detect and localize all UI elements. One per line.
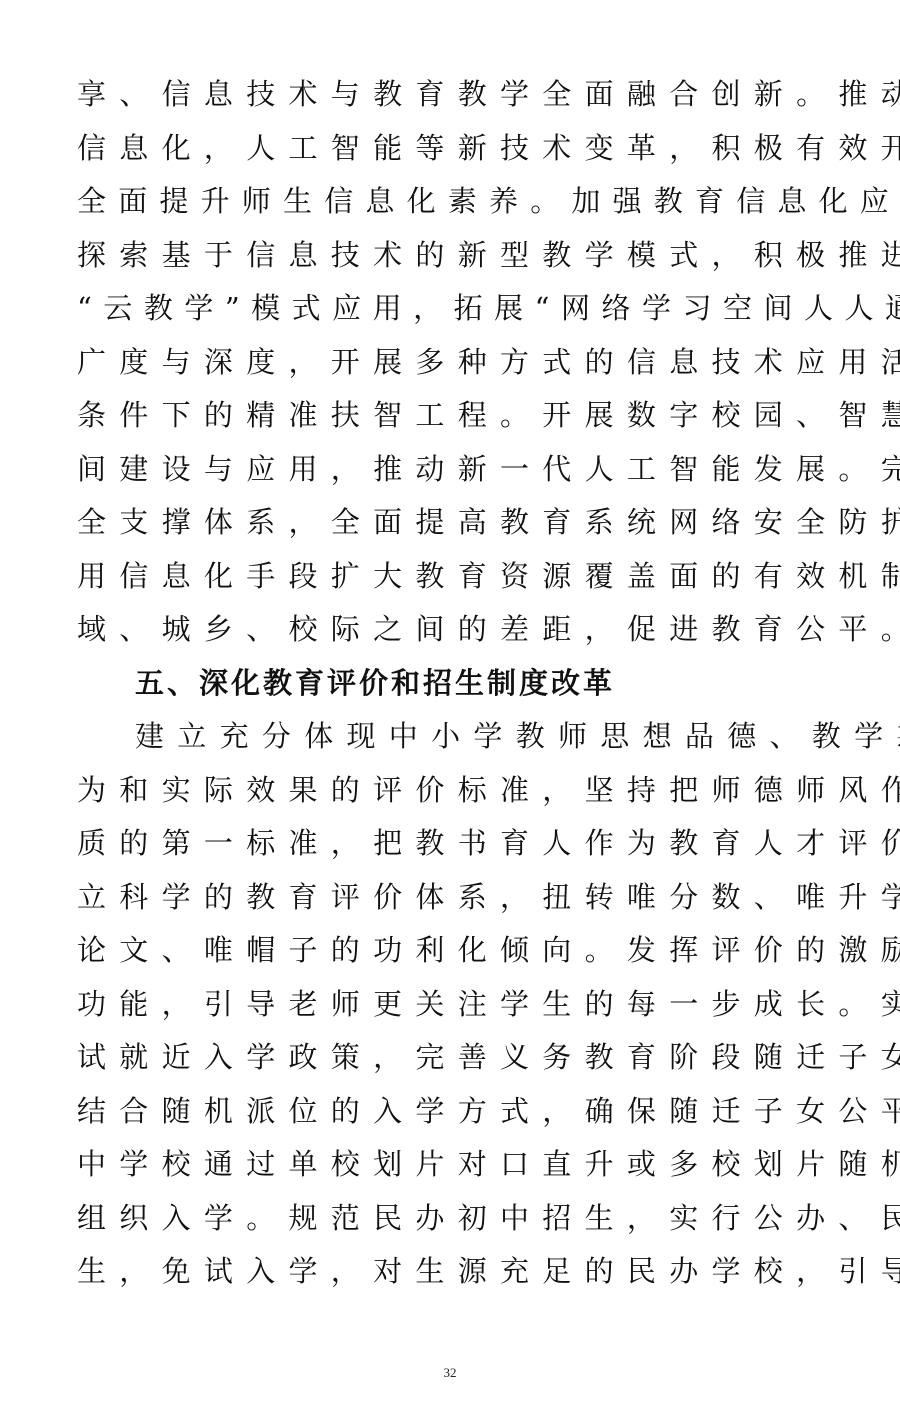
paragraph-line: 结合随机派位的入学方式，确保随迁子女公平就读。公办初: [77, 1085, 847, 1139]
page-body: 享、信息技术与教育教学全面融合创新。推动教师主动适应 信息化，人工智能等新技术变…: [77, 68, 847, 1299]
paragraph-line: 广度与深度，开展多种方式的信息技术应用活动，实施网络: [77, 336, 847, 390]
paragraph-line: 质的第一标准，把教书育人作为教育人才评价核心内容。建: [77, 817, 847, 871]
paragraph-line: 域、城乡、校际之间的差距，促进教育公平。: [77, 603, 847, 657]
paragraph-first-line: 建立充分体现中小学教师思想品德、教学态度、教学行: [77, 710, 847, 764]
paragraph-line: 功能，引导老师更关注学生的每一步成长。实施义务教育免: [77, 978, 847, 1032]
paragraph-line: 用信息化手段扩大教育资源覆盖面的有效机制，逐步缩小区: [77, 550, 847, 604]
paragraph-line: 探索基于信息技术的新型教学模式，积极推进互联网下的: [77, 229, 847, 283]
paragraph-line: 信息化，人工智能等新技术变革，积极有效开展教育教学，: [77, 122, 847, 176]
paragraph-line: 为和实际效果的评价标准，坚持把师德师风作为评价教师素: [77, 764, 847, 818]
paragraph-line: 论文、唯帽子的功利化倾向。发挥评价的激励、诊断和发展: [77, 924, 847, 978]
paragraph-line: “云教学”模式应用，拓展“网络学习空间人人通”应用的: [77, 282, 847, 336]
paragraph-line: 试就近入学政策，完善义务教育阶段随迁子女家长自主报名: [77, 1031, 847, 1085]
document-page: 享、信息技术与教育教学全面融合创新。推动教师主动适应 信息化，人工智能等新技术变…: [0, 0, 900, 1407]
paragraph-line: 立科学的教育评价体系，扭转唯分数、唯升学、唯文凭、唯: [77, 871, 847, 925]
paragraph-line: 中学校通过单校划片对口直升或多校划片随机派位等方式: [77, 1138, 847, 1192]
paragraph-line: 间建设与应用，推动新一代人工智能发展。完善教育网络安: [77, 443, 847, 497]
paragraph-line: 全面提升师生信息化素养。加强教育信息化应用研究与实践，: [77, 175, 847, 229]
paragraph-line: 条件下的精准扶智工程。开展数字校园、智慧校园、创客空: [77, 389, 847, 443]
paragraph-line: 组织入学。规范民办初中招生，实行公办、民办初中同期招: [77, 1192, 847, 1246]
section-heading: 五、深化教育评价和招生制度改革: [77, 657, 847, 711]
paragraph-line: 生，免试入学，对生源充足的民办学校，引导采取电脑随机: [77, 1245, 847, 1299]
paragraph-line: 全支撑体系，全面提高教育系统网络安全防护能力。构建利: [77, 496, 847, 550]
page-number: 32: [0, 1365, 900, 1381]
paragraph-line: 享、信息技术与教育教学全面融合创新。推动教师主动适应: [77, 68, 847, 122]
